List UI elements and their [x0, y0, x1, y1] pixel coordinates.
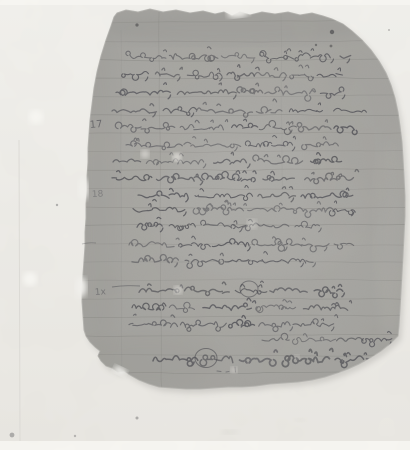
smudge — [221, 430, 239, 434]
dark-speck — [388, 29, 390, 31]
dark-speck — [330, 30, 334, 34]
margin-number: 1x — [95, 287, 107, 298]
tear-notch — [76, 277, 87, 297]
small-mark — [226, 372, 229, 373]
dark-speck — [135, 23, 138, 26]
white-fleck — [295, 355, 300, 360]
dark-speck — [136, 417, 139, 420]
dark-speck — [74, 435, 76, 437]
dark-speck — [56, 204, 58, 206]
manuscript-scan-canvas: 17181x — [0, 0, 410, 450]
margin-number: 17 — [89, 119, 103, 131]
white-fleck — [231, 367, 237, 373]
dark-speck — [10, 433, 15, 438]
dark-speck — [315, 44, 317, 46]
tear-notch — [78, 178, 88, 200]
white-spot — [29, 110, 43, 124]
white-spot — [23, 272, 37, 286]
white-fleck — [174, 286, 182, 294]
scanned-manuscript-photo: 17181x — [0, 0, 410, 450]
white-fleck — [141, 150, 149, 158]
margin-number: 18 — [92, 189, 104, 200]
white-fleck — [247, 219, 257, 229]
dark-speck — [330, 45, 333, 48]
small-mark — [217, 371, 221, 372]
white-fleck — [173, 153, 182, 162]
smudge — [294, 418, 306, 422]
